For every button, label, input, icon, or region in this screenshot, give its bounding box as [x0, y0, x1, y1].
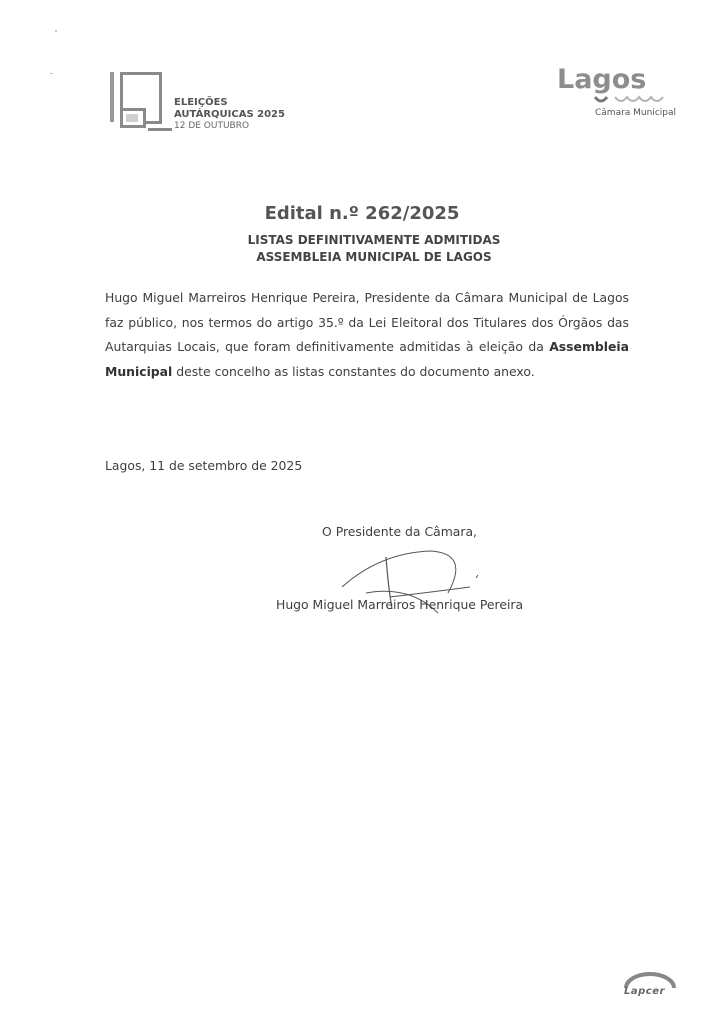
elections-2025-logo: ELEIÇÕES AUTÁRQUICAS 2025 12 DE OUTUBRO [110, 70, 285, 135]
election-logo-date: 12 DE OUTUBRO [174, 121, 249, 132]
body-text-part2: deste concelho as listas constantes do d… [172, 364, 534, 379]
certification-logo: Lapcer [620, 972, 680, 1004]
logo-square-shape [120, 108, 146, 128]
logo-underline-shape [148, 128, 172, 131]
place-date: Lagos, 11 de setembro de 2025 [105, 458, 302, 473]
election-logo-line2: AUTÁRQUICAS 2025 [174, 109, 285, 121]
signatory-name: Hugo Miguel Marreiros Henrique Pereira [276, 597, 523, 612]
municipal-logo-subtitle: Câmara Municipal [595, 108, 676, 118]
election-logo-line1: ELEIÇÕES [174, 97, 228, 109]
certification-logo-text: Lapcer [624, 986, 665, 997]
body-paragraph: Hugo Miguel Marreiros Henrique Pereira, … [105, 286, 629, 384]
document-subtitle-2: ASSEMBLEIA MUNICIPAL DE LAGOS [0, 250, 724, 264]
logo-bar-shape [110, 72, 114, 122]
scan-speck [50, 73, 53, 74]
municipal-logo-name: Lagos [557, 65, 646, 95]
document-subtitle-1: LISTAS DEFINITIVAMENTE ADMITIDAS [0, 233, 724, 247]
document-title: Edital n.º 262/2025 [0, 203, 724, 224]
scan-speck [55, 30, 57, 32]
signatory-role: O Presidente da Câmara, [322, 524, 477, 539]
lagos-municipal-logo: Lagos Câmara Municipal [555, 65, 675, 125]
waves-icon [593, 95, 665, 107]
